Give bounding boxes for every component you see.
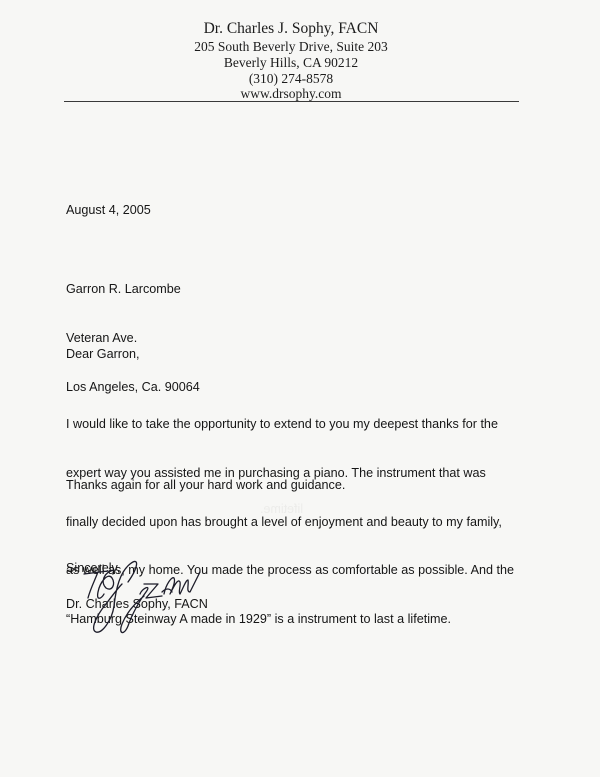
- recipient-name: Garron R. Larcombe: [66, 281, 200, 297]
- letterhead-name: Dr. Charles J. Sophy, FACN: [0, 20, 582, 38]
- salutation: Dear Garron,: [66, 346, 140, 362]
- letterhead-website: www.drsophy.com: [0, 86, 582, 102]
- closing: Sincerely,: [66, 560, 120, 576]
- letterhead-address-line2: Beverly Hills, CA 90212: [0, 55, 582, 71]
- body-line: I would like to take the opportunity to …: [66, 416, 514, 432]
- thanks-line: Thanks again for all your hard work and …: [66, 477, 345, 493]
- recipient-street: Veteran Ave.: [66, 330, 200, 346]
- letter-date: August 4, 2005: [66, 202, 151, 218]
- body-line: finally decided upon has brought a level…: [66, 514, 514, 530]
- letterhead-address-line1: 205 South Beverly Drive, Suite 203: [0, 39, 582, 55]
- body-line: as well as, my home. You made the proces…: [66, 562, 514, 578]
- body-line: “Hamburg Steinway A made in 1929” is a i…: [66, 611, 514, 627]
- letterhead-divider: [64, 101, 519, 102]
- letterhead-phone: (310) 274-8578: [0, 71, 582, 87]
- signer-name: Dr. Charles Sophy, FACN: [66, 596, 208, 612]
